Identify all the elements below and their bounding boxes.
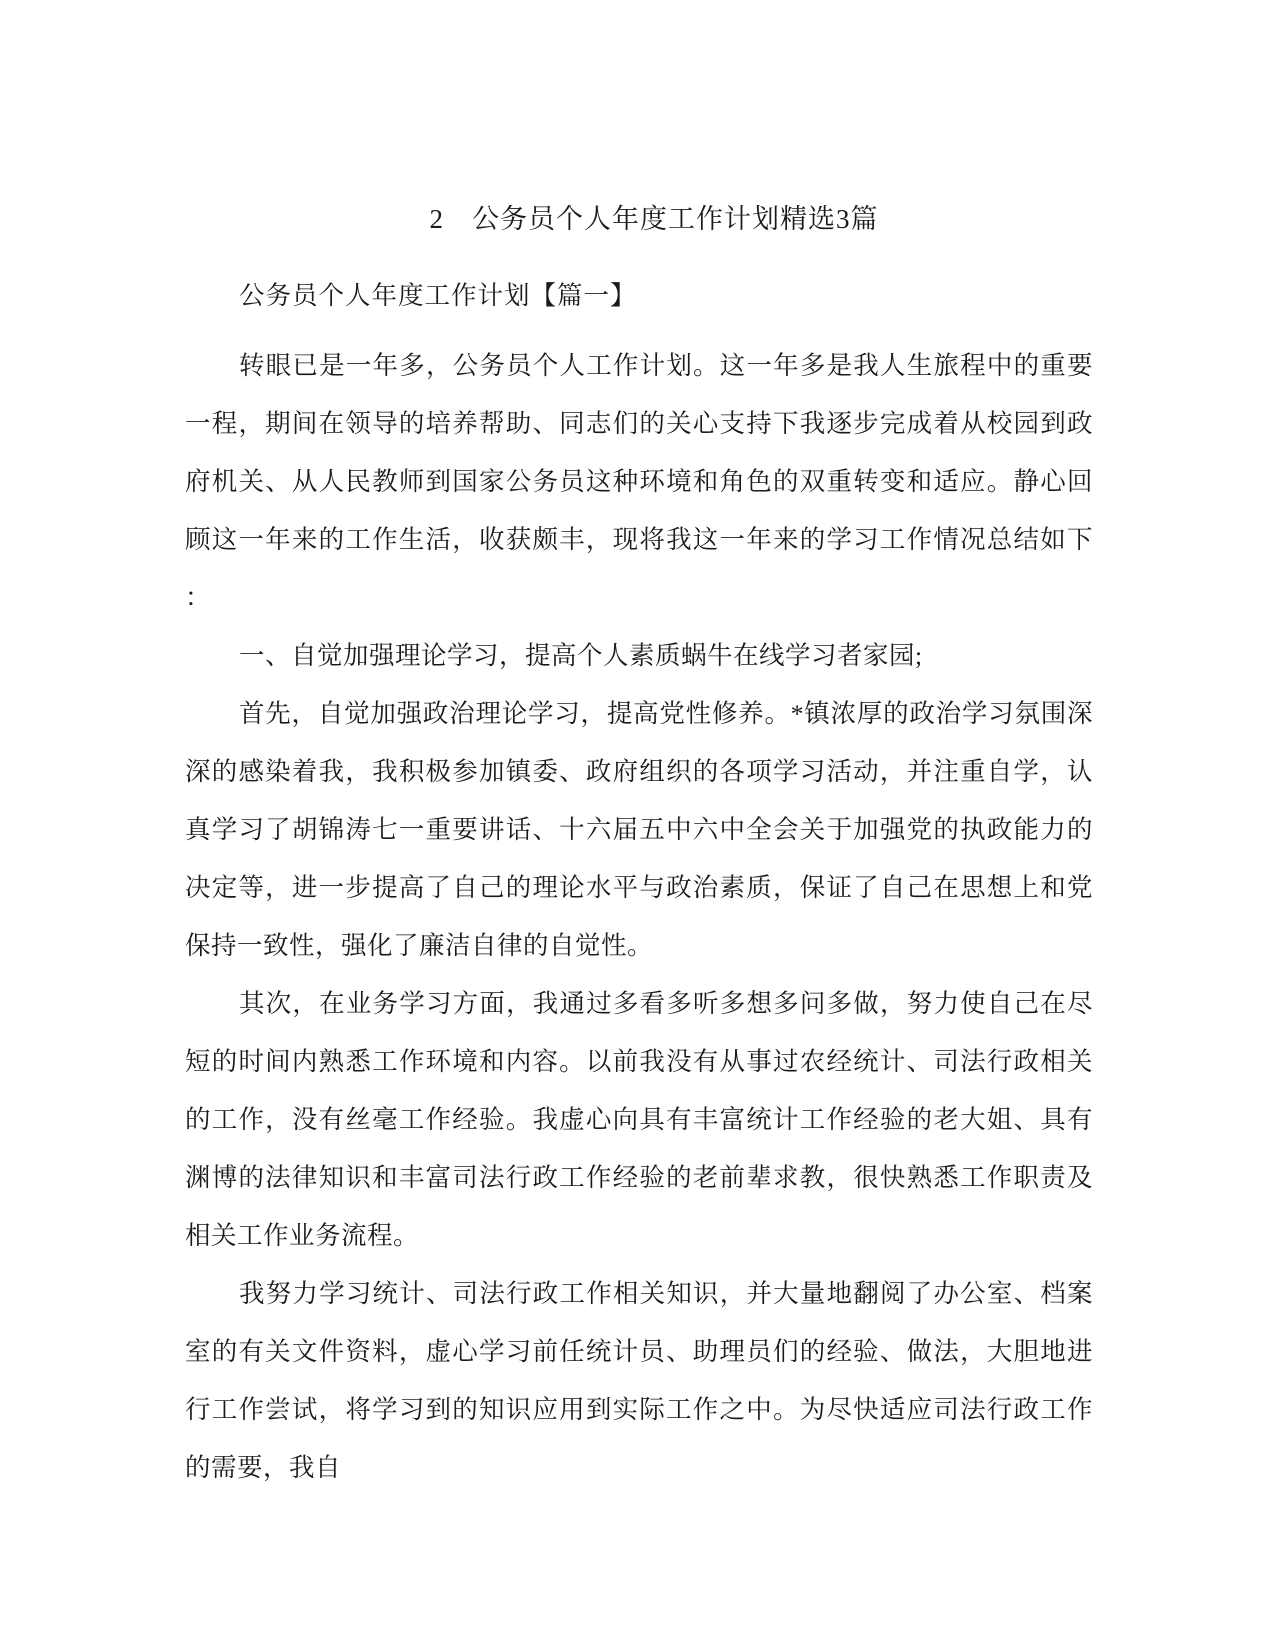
document-body: 转眼已是一年多，公务员个人工作计划。这一年多是我人生旅程中的重要一程，期间在领导… [185, 337, 1093, 1497]
section-title: 公务员个人年度工作计划【篇一】 [185, 267, 1093, 325]
paragraph: 转眼已是一年多，公务员个人工作计划。这一年多是我人生旅程中的重要一程，期间在领导… [185, 337, 1093, 627]
paragraph: 一、自觉加强理论学习，提高个人素质蜗牛在线学习者家园; [185, 627, 1093, 685]
document-heading: 2 公务员个人年度工作计划精选3篇 [185, 190, 1093, 248]
paragraph: 首先，自觉加强政治理论学习，提高党性修养。*镇浓厚的政治学习氛围深深的感染着我，… [185, 685, 1093, 975]
paragraph: 我努力学习统计、司法行政工作相关知识，并大量地翻阅了办公室、档案室的有关文件资料… [185, 1265, 1093, 1497]
paragraph: 其次，在业务学习方面，我通过多看多听多想多问多做，努力使自己在尽短的时间内熟悉工… [185, 975, 1093, 1265]
document-content: 2 公务员个人年度工作计划精选3篇 公务员个人年度工作计划【篇一】 转眼已是一年… [185, 0, 1093, 1497]
document-page: 2 公务员个人年度工作计划精选3篇 公务员个人年度工作计划【篇一】 转眼已是一年… [0, 0, 1275, 1650]
